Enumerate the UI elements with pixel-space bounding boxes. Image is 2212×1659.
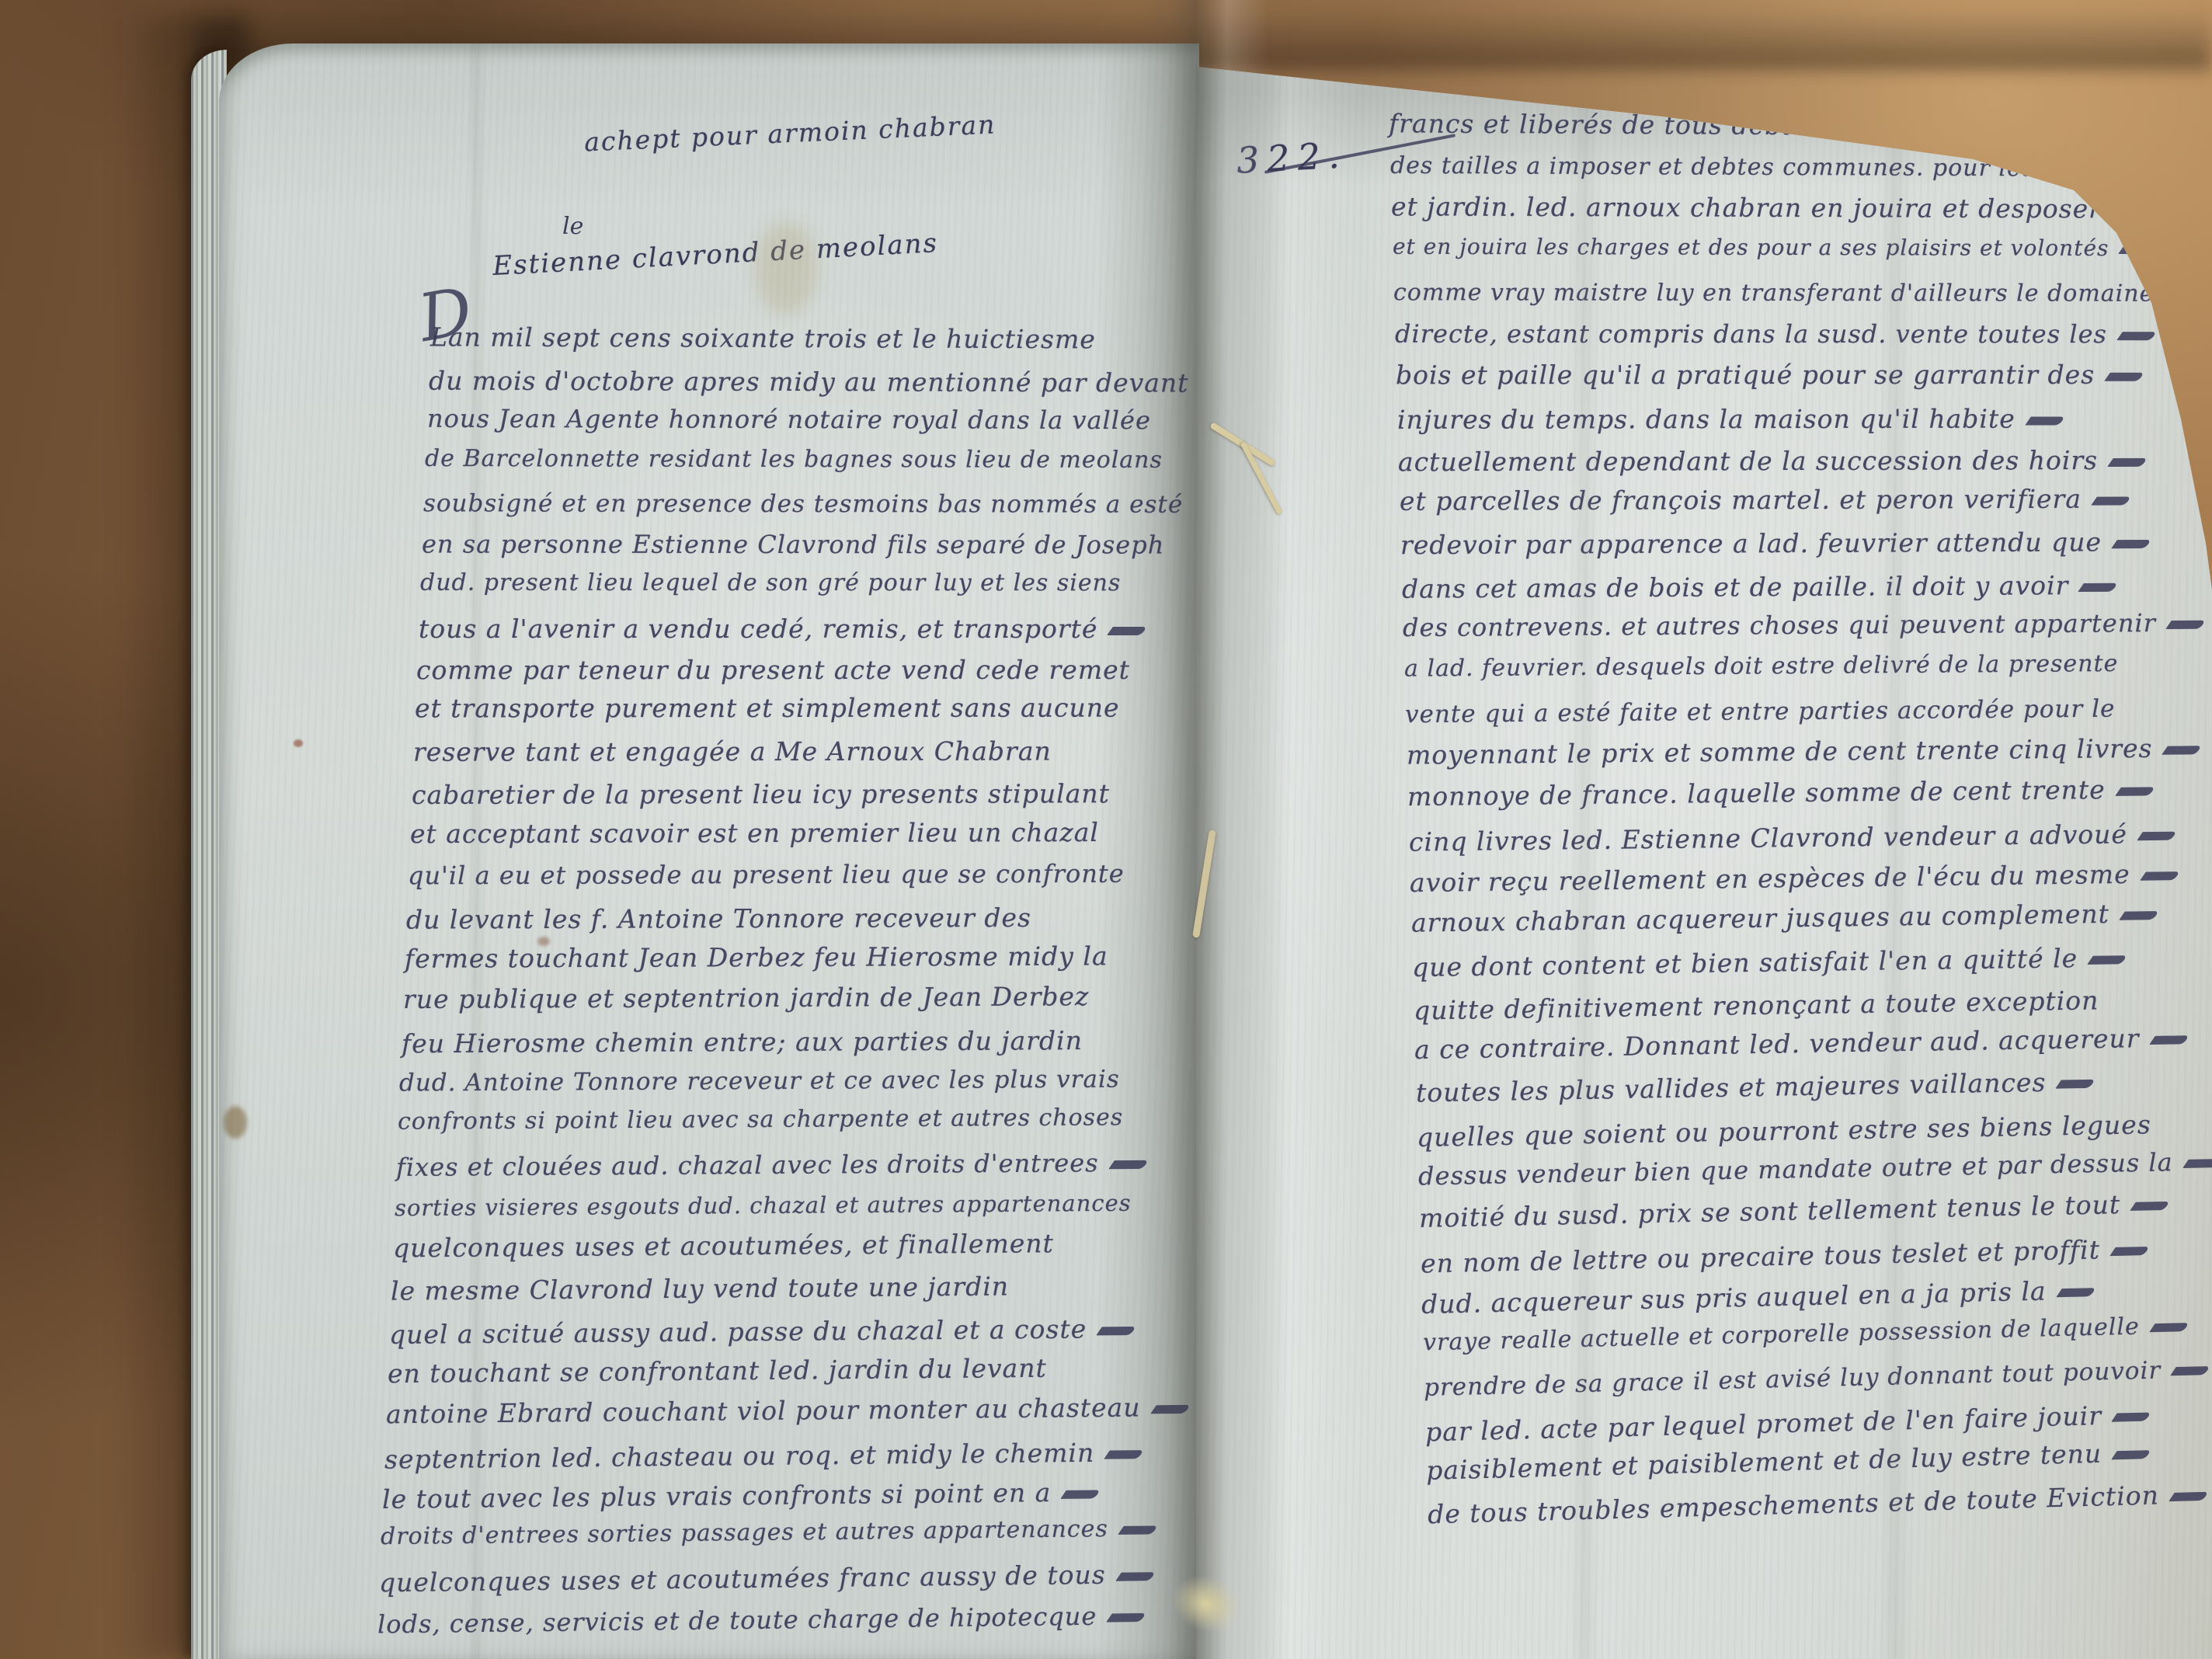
line-filler-stroke <box>1097 1327 1137 1335</box>
line-filler-stroke <box>2149 1035 2189 1044</box>
manuscript-photo: achept pour armoin chabran le Estienne c… <box>0 0 2212 1659</box>
manuscript-line: feu Hierosme chemin entre; aux parties d… <box>402 1025 1139 1059</box>
manuscript-line: comme par teneur du present acte vend ce… <box>416 655 1154 685</box>
line-filler-stroke <box>1104 1449 1144 1459</box>
manuscript-line: toutes les plus vallides et majeures vai… <box>1415 1064 2200 1108</box>
line-filler-stroke <box>1150 1405 1191 1414</box>
manuscript-line: injures du temps. dans la maison qu'il h… <box>1396 404 2181 435</box>
manuscript-line: avoir reçu reellement en espèces de l'éc… <box>1410 858 2194 898</box>
header-annotation: achept pour armoin chabran <box>583 109 996 157</box>
manuscript-line: quelconques uses et acoutumées franc aus… <box>379 1560 1117 1598</box>
line-filler-stroke <box>2087 955 2127 964</box>
manuscript-line: en touchant se confrontant led. jardin d… <box>388 1352 1125 1389</box>
line-filler-stroke <box>2111 1412 2151 1421</box>
manuscript-line: monnoye de france. laquelle somme de cen… <box>1407 774 2192 812</box>
manuscript-line: directe, estant compris dans la susd. ve… <box>1394 319 2179 349</box>
line-filler-stroke <box>2109 1246 2149 1255</box>
manuscript-line: a ce contraire. Donnant led. vendeur aud… <box>1414 1022 2199 1065</box>
manuscript-line: du mois d'octobre apres midy au mentionn… <box>429 365 1167 398</box>
line-filler-stroke <box>2116 332 2157 340</box>
manuscript-line: en nom de lettre ou precaire tous teslet… <box>1420 1232 2205 1278</box>
manuscript-line: prendre de sa grace il est avisé luy don… <box>1424 1355 2209 1402</box>
manuscript-line: soubsigné et en presence des tesmoins ba… <box>423 489 1161 518</box>
header-sub: le <box>562 213 583 240</box>
manuscript-line: quel a scitué aussy aud. passe du chazal… <box>389 1313 1127 1350</box>
line-filler-stroke <box>2111 1450 2151 1459</box>
manuscript-line: et parcelles de françois martel. et pero… <box>1399 483 2183 516</box>
manuscript-line: nous Jean Agente honnoré notaire royal d… <box>427 404 1165 435</box>
line-filler-stroke <box>1107 627 1147 635</box>
manuscript-line: septentrion led. chasteau ou roq. et mid… <box>384 1437 1122 1474</box>
manuscript-line: dessus vendeur bien que mandate outre et… <box>1417 1147 2203 1191</box>
manuscript-line: dud. acquereur sus pris auquel en a ja p… <box>1421 1272 2207 1320</box>
manuscript-line: confronts si point lieu avec sa charpent… <box>398 1104 1136 1136</box>
manuscript-line: de tous troubles empeschements et de tou… <box>1427 1479 2212 1530</box>
line-filler-stroke <box>2024 416 2064 425</box>
manuscript-line: vraye realle actuelle et corporelle poss… <box>1422 1311 2207 1356</box>
act-title: Estienne clavrond de meolans <box>492 228 939 282</box>
opening-flourish <box>1264 134 1456 174</box>
manuscript-line: moyennant le prix et somme de cent trent… <box>1406 733 2190 770</box>
line-filler-stroke <box>2140 871 2180 881</box>
manuscript-line: dud. Antoine Tonnore receveur et ce avec… <box>399 1066 1137 1097</box>
ink-stain <box>537 937 550 946</box>
manuscript-line: lods, cense, servicis et de toute charge… <box>377 1601 1115 1639</box>
line-filler-stroke <box>2149 1322 2189 1331</box>
manuscript-line: fixes et clouées aud. chazal avec les dr… <box>396 1148 1134 1182</box>
manuscript-line: quitte definitivement renonçant a toute … <box>1413 983 2197 1025</box>
manuscript-line: en sa personne Estienne Clavrond fils se… <box>422 529 1160 559</box>
manuscript-line: des contrevens. et autres choses qui peu… <box>1403 608 2187 642</box>
manuscript-line: et acceptant scavoir est en premier lieu… <box>410 816 1148 848</box>
manuscript-line: moitié du susd. prix se sont tellement t… <box>1419 1188 2204 1233</box>
manuscript-line: quelconques uses et acoutumées, et final… <box>392 1228 1130 1264</box>
manuscript-line: a lad. feuvrier. desquels doit estre del… <box>1403 650 2188 683</box>
line-filler-stroke <box>1061 1490 1101 1499</box>
line-filler-stroke <box>2055 1079 2095 1088</box>
line-filler-stroke <box>2107 457 2148 466</box>
line-filler-stroke <box>2130 1201 2169 1210</box>
manuscript-line: bois et paille qu'il a pratiqué pour se … <box>1396 359 2180 390</box>
manuscript-line: cabaretier de la present lieu icy presen… <box>412 779 1149 811</box>
manuscript-line: du levant les f. Antoine Tonnore receveu… <box>406 903 1144 935</box>
manuscript-line: rue publique et septentrion jardin de Je… <box>403 981 1141 1014</box>
manuscript-line: et en jouira les charges et des pour a s… <box>1392 234 2176 261</box>
line-filler-stroke <box>2171 1366 2210 1376</box>
line-filler-stroke <box>1106 1613 1146 1622</box>
manuscript-line: et transporte purement et simplement san… <box>415 693 1153 724</box>
manuscript-line: comme vray maistre luy en transferant d'… <box>1393 279 2178 307</box>
line-filler-stroke <box>2162 746 2202 754</box>
manuscript-line: de Barcelonnette residant les bagnes sou… <box>425 445 1163 474</box>
manuscript-line: actuellement dependant de la succession … <box>1398 444 2182 476</box>
manuscript-line: dans cet amas de bois et de paille. il d… <box>1401 569 2186 603</box>
initial-flourish: D <box>413 273 478 356</box>
manuscript-line: tous a l'avenir a vendu cedé, remis, et … <box>419 614 1156 644</box>
manuscript-line: droits d'entrees sorties passages et aut… <box>381 1515 1118 1550</box>
line-filler-stroke <box>1115 1572 1156 1581</box>
manuscript-line: quelles que soient ou pourront estre ses… <box>1417 1108 2202 1153</box>
manuscript-line: cinq livres led. Estienne Clavrond vende… <box>1408 818 2193 857</box>
line-filler-stroke <box>2078 583 2118 591</box>
left-page: achept pour armoin chabran le Estienne c… <box>219 43 1199 1659</box>
manuscript-line: dud. present lieu lequel de son gré pour… <box>420 569 1158 597</box>
line-filler-stroke <box>1108 1160 1149 1169</box>
manuscript-line: arnoux chabran acquereur jusques au comp… <box>1410 897 2195 937</box>
manuscript-line: sorties visieres esgouts dud. chazal et … <box>395 1190 1132 1221</box>
manuscript-line: qu'il a eu et possede au present lieu qu… <box>408 858 1146 890</box>
manuscript-line: que dont content et bien satisfait l'en … <box>1412 941 2196 983</box>
line-filler-stroke <box>2119 910 2159 920</box>
line-filler-stroke <box>2182 1159 2212 1168</box>
line-filler-stroke <box>2111 540 2151 548</box>
manuscript-line: et jardin. led. arnoux chabran en jouira… <box>1391 191 2175 224</box>
line-filler-stroke <box>2115 787 2155 796</box>
manuscript-line: le tout avec les plus vrais confronts si… <box>382 1476 1120 1515</box>
manuscript-line: le mesme Clavrond luy vend toute une jar… <box>391 1270 1129 1306</box>
line-filler-stroke <box>2137 831 2177 840</box>
manuscript-line: par led. acte par lequel promet de l'en … <box>1424 1397 2210 1447</box>
line-filler-stroke <box>2091 496 2131 505</box>
line-filler-stroke <box>2104 372 2144 381</box>
manuscript-line: vente qui a esté faite et entre parties … <box>1405 694 2189 729</box>
foxing-stain <box>755 222 817 315</box>
line-filler-stroke <box>2165 620 2206 628</box>
line-filler-stroke <box>2169 1491 2208 1501</box>
manuscript-line: fermes touchant Jean Derbez feu Hierosme… <box>405 941 1143 975</box>
manuscript-line: reserve tant et engagée a Me Arnoux Chab… <box>413 736 1151 767</box>
manuscript-line: Lan mil sept cens soixante trois et le h… <box>430 322 1168 354</box>
ink-stain <box>224 1106 247 1139</box>
manuscript-line: redevoir par apparence a lad. feuvrier a… <box>1400 527 2185 560</box>
line-filler-stroke <box>1118 1525 1158 1535</box>
manuscript-line: paisiblement et paisiblement et de luy e… <box>1426 1435 2211 1486</box>
line-filler-stroke <box>2056 1288 2095 1297</box>
right-page: 322. francs et liberés de tous debts et … <box>1196 0 2212 1659</box>
page-number: 322. <box>1236 134 1348 181</box>
manuscript-line: antoine Ebrard couchant viol pour monter… <box>386 1393 1124 1430</box>
ink-stain <box>294 739 303 747</box>
